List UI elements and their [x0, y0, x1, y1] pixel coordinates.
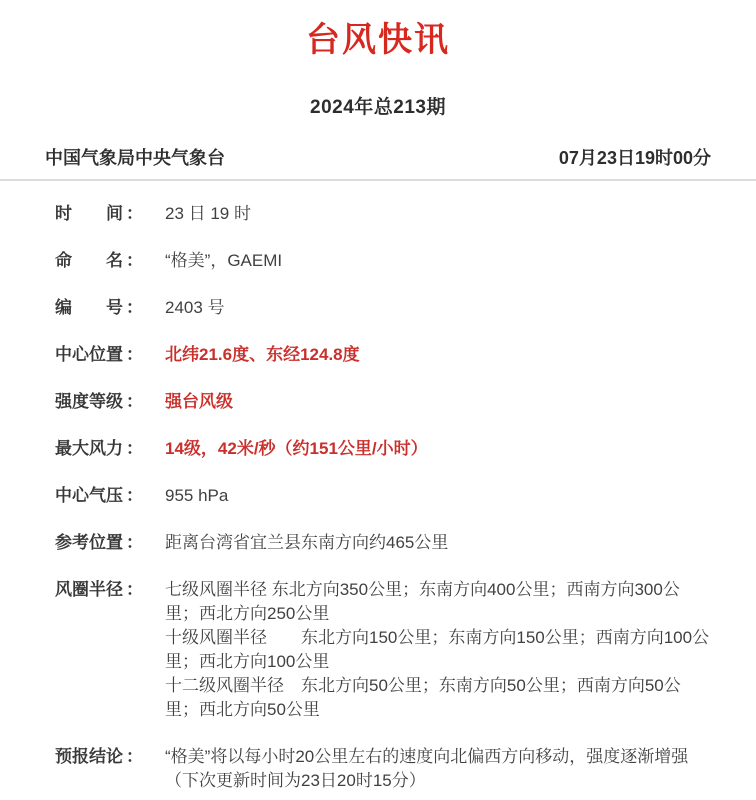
row-wind-circle-value: 七级风圈半径 东北方向350公里；东南方向400公里；西南方向300公里；西北方… [165, 578, 710, 722]
wind-circle-level7: 七级风圈半径 东北方向350公里；东南方向400公里；西南方向300公里；西北方… [165, 578, 710, 626]
row-number: 编号： 2403 号 [55, 296, 710, 320]
wind-circle-level10: 十级风圈半径 东北方向150公里；东南方向150公里；西南方向100公里；西北方… [165, 626, 710, 674]
row-central-pressure-value: 955 hPa [165, 484, 710, 508]
row-time-value: 23 日 19 时 [165, 202, 710, 226]
row-name: 命名： “格美”，GAEMI [55, 249, 710, 273]
row-wind-circle: 风圈半径： 七级风圈半径 东北方向350公里；东南方向400公里；西南方向300… [55, 578, 710, 722]
typhoon-bulletin-page: 台风快讯 2024年总213期 中国气象局中央气象台 07月23日19时00分 … [0, 0, 756, 800]
row-time-label: 时间： [55, 202, 165, 226]
page-title: 台风快讯 [0, 0, 756, 61]
row-central-pressure: 中心气压： 955 hPa [55, 484, 710, 508]
row-reference-position-value: 距离台湾省宜兰县东南方向约465公里 [165, 531, 710, 555]
wind-circle-level12: 十二级风圈半径 东北方向50公里；东南方向50公里；西南方向50公里；西北方向5… [165, 674, 710, 722]
agency-row: 中国气象局中央气象台 07月23日19时00分 [0, 144, 756, 170]
bulletin-rows: 时间： 23 日 19 时 命名： “格美”，GAEMI 编号： 2403 号 … [0, 181, 756, 793]
report-datetime: 07月23日19时00分 [559, 144, 711, 170]
row-forecast-value: “格美”将以每小时20公里左右的速度向北偏西方向移动，强度逐渐增强 （下次更新时… [165, 745, 710, 793]
issue-number: 2024年总213期 [0, 92, 756, 119]
row-intensity: 强度等级： 强台风级 [55, 390, 710, 414]
row-reference-position-label: 参考位置： [55, 531, 165, 555]
row-central-pressure-label: 中心气压： [55, 484, 165, 508]
row-forecast: 预报结论： “格美”将以每小时20公里左右的速度向北偏西方向移动，强度逐渐增强 … [55, 745, 710, 793]
row-intensity-value: 强台风级 [165, 390, 710, 414]
row-forecast-label: 预报结论： [55, 745, 165, 769]
row-intensity-label: 强度等级： [55, 390, 165, 414]
row-center-position-label: 中心位置： [55, 343, 165, 367]
row-max-wind: 最大风力： 14级，42米/秒（约151公里/小时） [55, 437, 710, 461]
row-name-label: 命名： [55, 249, 165, 273]
row-max-wind-label: 最大风力： [55, 437, 165, 461]
row-number-value: 2403 号 [165, 296, 710, 320]
row-name-value: “格美”，GAEMI [165, 249, 710, 273]
row-wind-circle-label: 风圈半径： [55, 578, 165, 602]
row-time: 时间： 23 日 19 时 [55, 202, 710, 226]
row-reference-position: 参考位置： 距离台湾省宜兰县东南方向约465公里 [55, 531, 710, 555]
agency-name: 中国气象局中央气象台 [45, 144, 225, 170]
row-center-position: 中心位置： 北纬21.6度、东经124.8度 [55, 343, 710, 367]
forecast-conclusion: “格美”将以每小时20公里左右的速度向北偏西方向移动，强度逐渐增强 [165, 745, 710, 769]
row-max-wind-value: 14级，42米/秒（约151公里/小时） [165, 437, 710, 461]
row-center-position-value: 北纬21.6度、东经124.8度 [165, 343, 710, 367]
row-number-label: 编号： [55, 296, 165, 320]
forecast-next-update: （下次更新时间为23日20时15分） [165, 769, 710, 793]
